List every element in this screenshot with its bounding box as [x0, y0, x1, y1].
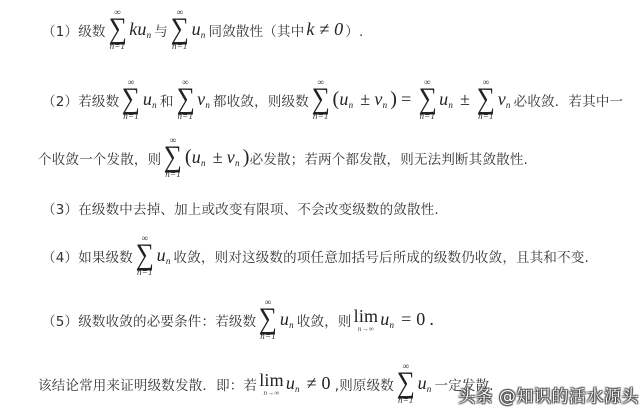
summation: ∞ ∑ n=1: [175, 78, 197, 121]
sigma-symbol: ∑: [122, 87, 140, 111]
sigma-symbol: ∑: [259, 307, 277, 331]
summation: ∞ ∑ n=1: [169, 8, 191, 51]
summation: ∞ ∑ n=1: [107, 8, 129, 51]
condition: k ≠ 0: [306, 19, 343, 40]
watermark: 头条 @知识的活水源头: [458, 382, 639, 407]
summation: ∞ ∑ n=1: [162, 136, 184, 179]
item-label: （2）: [42, 90, 78, 110]
item-label: （3）: [42, 198, 78, 218]
summation: ∞ ∑ n=1: [310, 78, 332, 121]
property-3: （3） 在级数中去掉、加上或改变有限项、不会改变级数的敛散性.: [42, 198, 439, 218]
property-2-continuation: 个收敛一个发散，则 ∞ ∑ n=1 ( un ± vn ) 必发散；若两个都发散…: [38, 136, 528, 179]
sigma-symbol: ∑: [108, 17, 126, 41]
limit-expression: lim n→∞: [259, 371, 284, 397]
summation: ∞ ∑ n=1: [475, 78, 497, 121]
text: 级数: [78, 20, 105, 40]
summation: ∞ ∑ n=1: [395, 362, 417, 405]
limit-expression: lim n→∞: [354, 307, 379, 333]
property-2: （2） 若级数 ∞ ∑ n=1 un 和 ∞ ∑ n=1 vn 都收敛，则级数 …: [42, 78, 623, 121]
property-1: （1） 级数 ∞ ∑ n=1 kun 与 ∞ ∑ n=1 un 同敛散性（其中 …: [42, 8, 363, 51]
sigma-symbol: ∑: [397, 371, 415, 395]
sigma-symbol: ∑: [176, 87, 194, 111]
sigma-symbol: ∑: [477, 87, 495, 111]
sigma-symbol: ∑: [136, 243, 154, 267]
summation: ∞ ∑ n=1: [120, 78, 142, 121]
summation: ∞ ∑ n=1: [417, 78, 439, 121]
property-5: （5） 级数收敛的必要条件：若级数 ∞ ∑ n=1 un 收敛，则 lim n→…: [42, 298, 438, 341]
sigma-symbol: ∑: [418, 87, 436, 111]
sigma-symbol: ∑: [171, 17, 189, 41]
item-label: （5）: [42, 310, 78, 330]
summation: ∞ ∑ n=1: [257, 298, 279, 341]
note-line: 该结论常用来证明级数发散．即：若 lim n→∞ un ≠ 0 ,则原级数 ∞ …: [38, 362, 494, 405]
property-4: （4） 如果级数 ∞ ∑ n=1 un 收敛，则对这级数的项任意加括号后所成的级…: [42, 234, 589, 277]
sigma-symbol: ∑: [312, 87, 330, 111]
item-label: （1）: [42, 20, 78, 40]
item-label: （4）: [42, 246, 78, 266]
sigma-symbol: ∑: [164, 145, 182, 169]
summation: ∞ ∑ n=1: [134, 234, 156, 277]
